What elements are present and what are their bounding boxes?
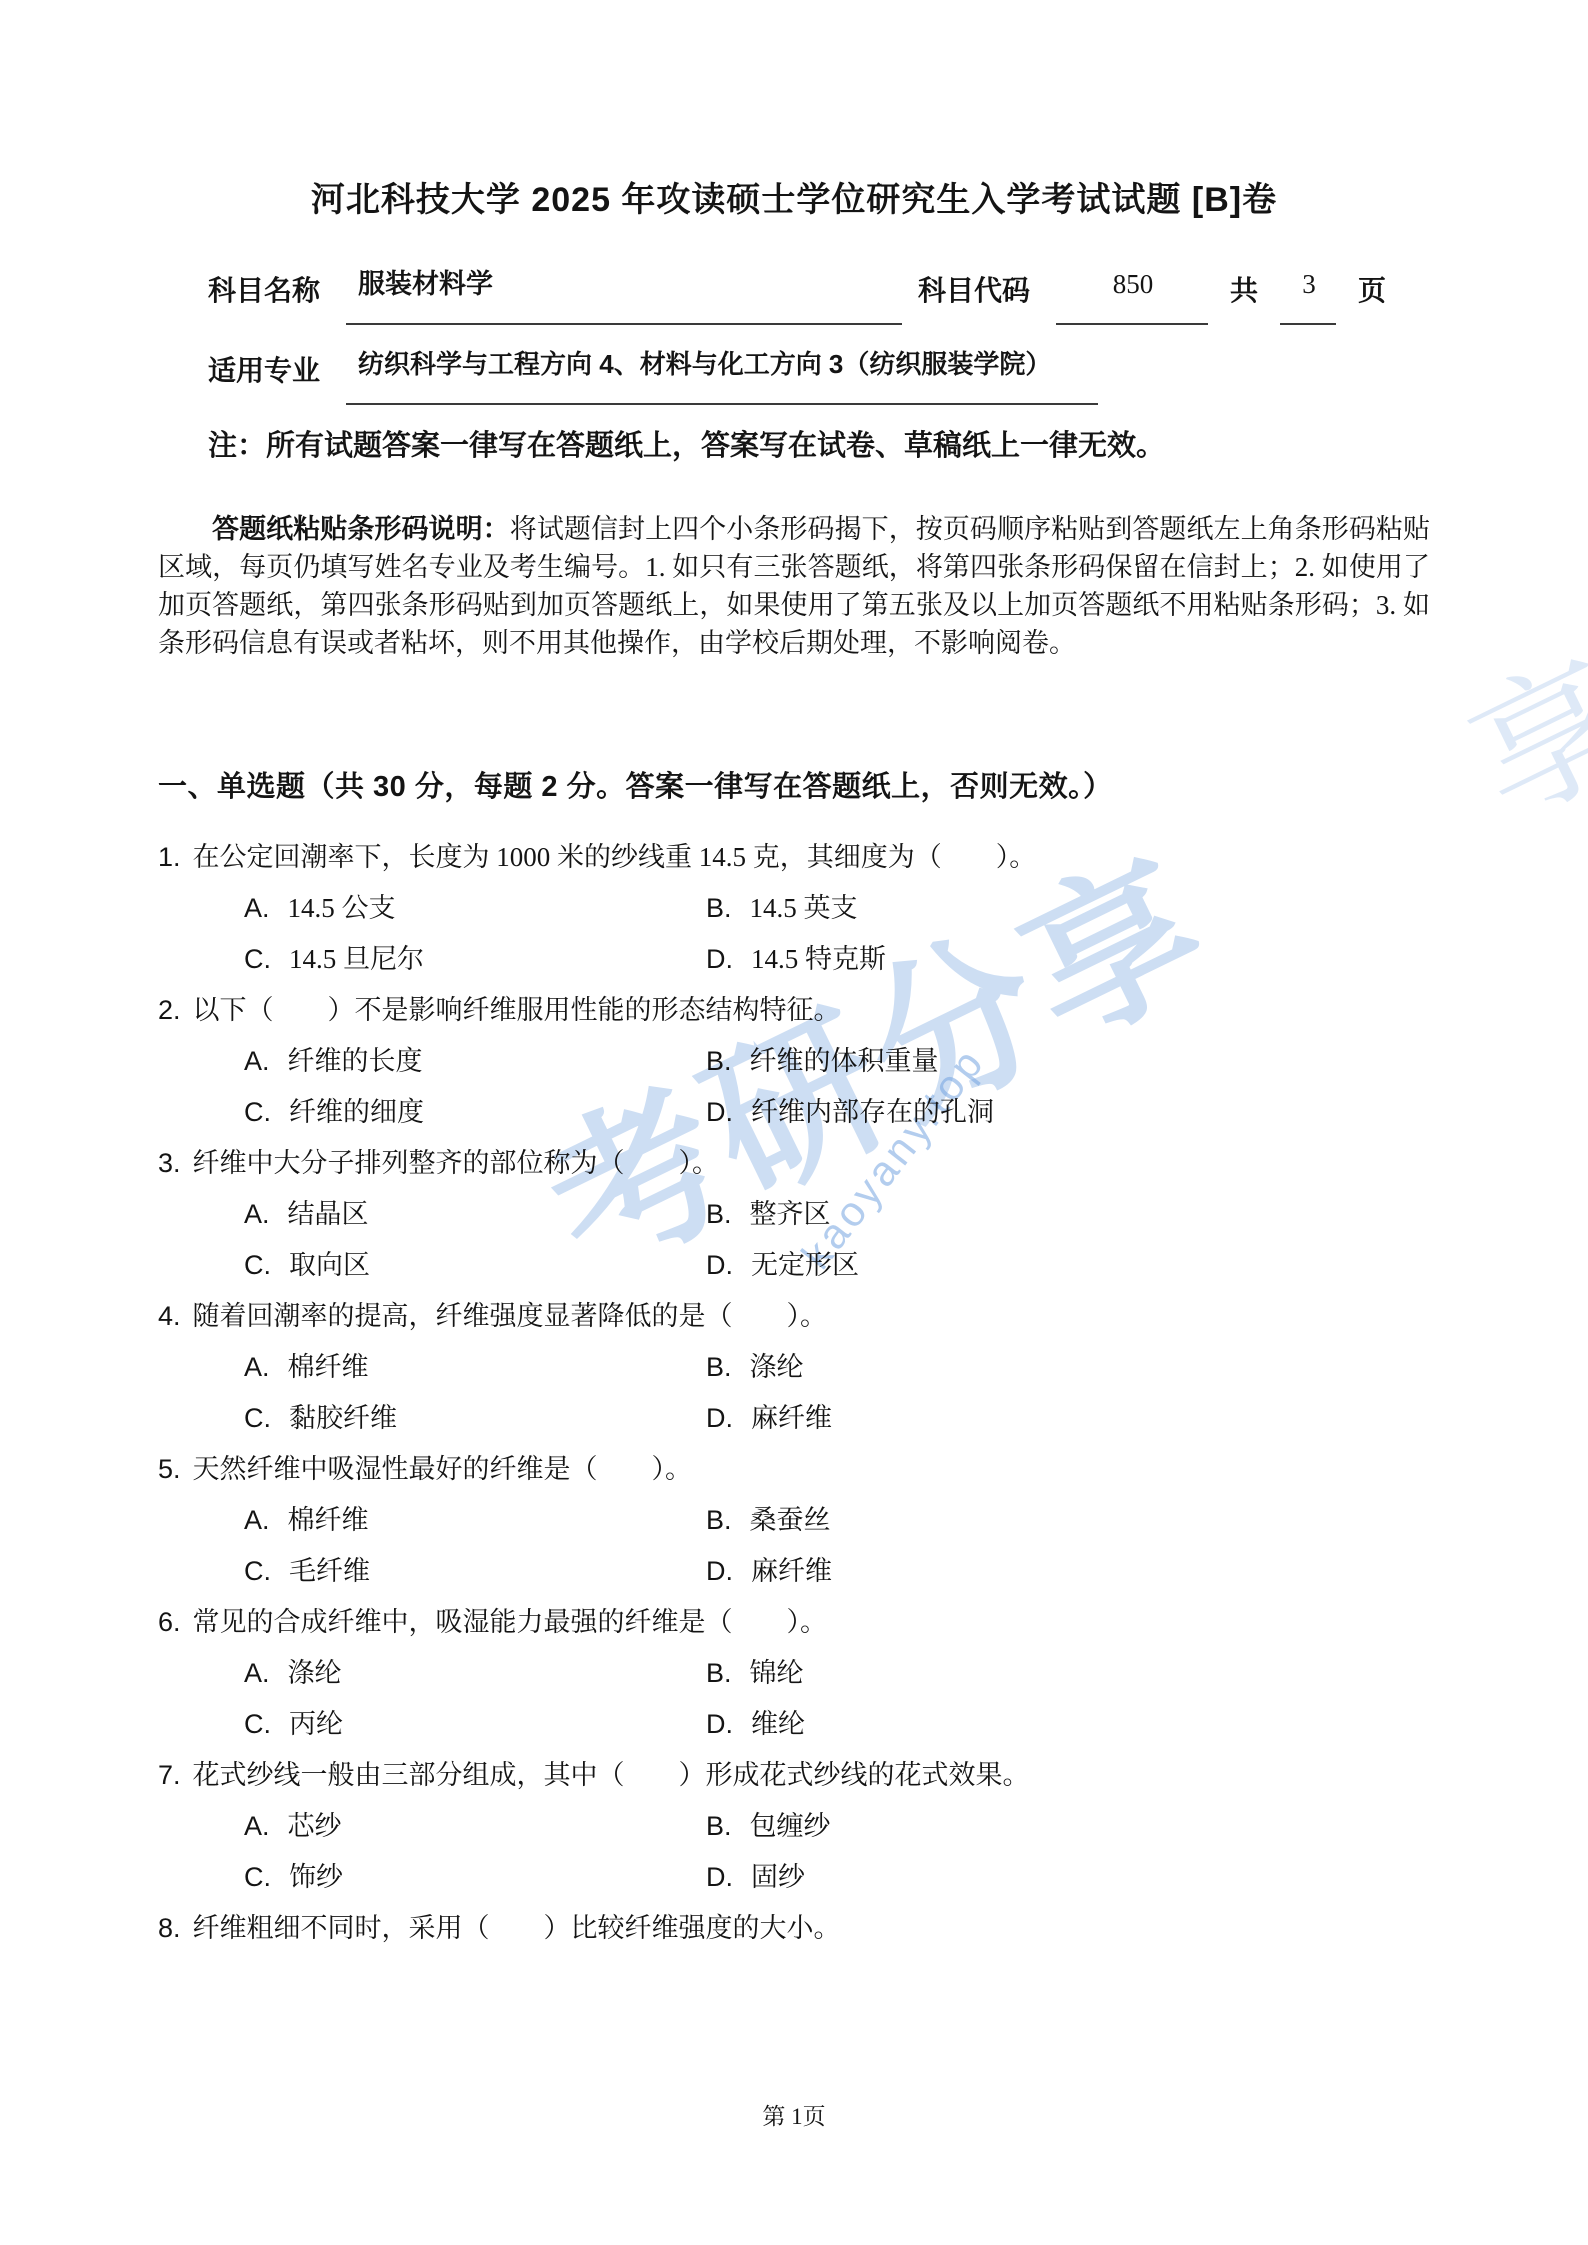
question-text: 花式纱线一般由三部分组成，其中（ ）形成花式纱线的花式效果。	[193, 1760, 1030, 1790]
question-number: 4.	[158, 1301, 181, 1331]
question-6: 6.常见的合成纤维中，吸湿能力最强的纤维是（ ）。 A.涤纶 B.锦纶 C.丙纶…	[158, 1606, 1430, 1740]
option-a: A.芯纱	[244, 1810, 706, 1842]
option-c: C.饰纱	[244, 1861, 706, 1893]
question-text: 以下（ ）不是影响纤维服用性能的形态结构特征。	[193, 995, 841, 1025]
page-title: 河北科技大学 2025 年攻读硕士学位研究生入学考试试题 [B]卷	[158, 172, 1430, 221]
option-text: 14.5 特克斯	[751, 944, 886, 974]
option-text: 涤纶	[288, 1658, 342, 1688]
meta-row-major: 适用专业 纺织科学与工程方向 4、材料与化工方向 3（纺织服装学院）	[158, 349, 1430, 405]
option-letter: C.	[244, 1097, 271, 1127]
option-letter: A.	[244, 1046, 270, 1076]
question-stem: 6.常见的合成纤维中，吸湿能力最强的纤维是（ ）。	[158, 1606, 1430, 1638]
question-stem: 2.以下（ ）不是影响纤维服用性能的形态结构特征。	[158, 994, 1430, 1026]
option-letter: D.	[706, 1556, 733, 1586]
option-d: D.维纶	[706, 1708, 1430, 1740]
option-text: 包缠纱	[750, 1811, 831, 1841]
question-stem: 5.天然纤维中吸湿性最好的纤维是（ ）。	[158, 1453, 1430, 1485]
option-letter: B.	[706, 1811, 732, 1841]
option-letter: D.	[706, 1403, 733, 1433]
applicable-major-value: 纺织科学与工程方向 4、材料与化工方向 3（纺织服装学院）	[346, 349, 1098, 405]
question-number: 2.	[158, 995, 181, 1025]
question-number: 1.	[158, 842, 181, 872]
option-text: 维纶	[751, 1709, 805, 1739]
option-letter: C.	[244, 1250, 271, 1280]
option-b: B.锦纶	[706, 1657, 1430, 1689]
question-options: A.棉纤维 B.桑蚕丝 C.毛纤维 D.麻纤维	[158, 1504, 1430, 1587]
section-heading: 一、单选题（共 30 分，每题 2 分。答案一律写在答题纸上，否则无效。）	[158, 764, 1430, 805]
option-letter: D.	[706, 1250, 733, 1280]
option-letter: D.	[706, 1097, 733, 1127]
option-text: 锦纶	[750, 1658, 804, 1688]
option-text: 14.5 旦尼尔	[289, 944, 424, 974]
question-stem: 7.花式纱线一般由三部分组成，其中（ ）形成花式纱线的花式效果。	[158, 1759, 1430, 1791]
option-text: 无定形区	[751, 1250, 859, 1280]
question-options: A.涤纶 B.锦纶 C.丙纶 D.维纶	[158, 1657, 1430, 1740]
option-text: 纤维的长度	[288, 1046, 423, 1076]
question-text: 纤维中大分子排列整齐的部位称为（ ）。	[193, 1148, 720, 1178]
option-text: 纤维内部存在的孔洞	[751, 1097, 994, 1127]
option-letter: B.	[706, 893, 732, 923]
option-text: 毛纤维	[289, 1556, 370, 1586]
option-text: 芯纱	[288, 1811, 342, 1841]
option-text: 涤纶	[750, 1352, 804, 1382]
option-c: C.毛纤维	[244, 1555, 706, 1587]
option-c: C.取向区	[244, 1249, 706, 1281]
option-a: A.纤维的长度	[244, 1045, 706, 1077]
question-number: 6.	[158, 1607, 181, 1637]
option-letter: C.	[244, 1709, 271, 1739]
option-text: 棉纤维	[288, 1505, 369, 1535]
option-b: B.14.5 英支	[706, 892, 1430, 924]
pages-unit-label: 页	[1358, 269, 1386, 309]
option-letter: C.	[244, 944, 271, 974]
meta-row-subject: 科目名称 服装材料学 科目代码 850 共 3 页	[158, 269, 1430, 325]
option-b: B.纤维的体积重量	[706, 1045, 1430, 1077]
option-b: B.桑蚕丝	[706, 1504, 1430, 1536]
option-text: 14.5 公支	[288, 893, 396, 923]
question-text: 随着回潮率的提高，纤维强度显著降低的是（ ）。	[193, 1301, 828, 1331]
option-letter: C.	[244, 1862, 271, 1892]
option-letter: A.	[244, 893, 270, 923]
option-a: A.棉纤维	[244, 1504, 706, 1536]
question-text: 天然纤维中吸湿性最好的纤维是（ ）。	[193, 1454, 693, 1484]
subject-code-value: 850	[1056, 269, 1208, 325]
question-8: 8.纤维粗细不同时，采用（ ）比较纤维强度的大小。	[158, 1912, 1430, 1944]
question-text: 常见的合成纤维中，吸湿能力最强的纤维是（ ）。	[193, 1607, 828, 1637]
option-letter: C.	[244, 1556, 271, 1586]
option-text: 整齐区	[750, 1199, 831, 1229]
option-a: A.14.5 公支	[244, 892, 706, 924]
question-4: 4.随着回潮率的提高，纤维强度显著降低的是（ ）。 A.棉纤维 B.涤纶 C.黏…	[158, 1300, 1430, 1434]
option-letter: D.	[706, 1709, 733, 1739]
question-stem: 3.纤维中大分子排列整齐的部位称为（ ）。	[158, 1147, 1430, 1179]
option-a: A.涤纶	[244, 1657, 706, 1689]
option-d: D.麻纤维	[706, 1402, 1430, 1434]
option-text: 纤维的体积重量	[750, 1046, 939, 1076]
question-5: 5.天然纤维中吸湿性最好的纤维是（ ）。 A.棉纤维 B.桑蚕丝 C.毛纤维 D…	[158, 1453, 1430, 1587]
question-stem: 8.纤维粗细不同时，采用（ ）比较纤维强度的大小。	[158, 1912, 1430, 1944]
total-pages-value: 3	[1280, 269, 1336, 325]
question-options: A.结晶区 B.整齐区 C.取向区 D.无定形区	[158, 1198, 1430, 1281]
subject-name-label: 科目名称	[208, 269, 320, 309]
option-text: 取向区	[289, 1250, 370, 1280]
option-text: 结晶区	[288, 1199, 369, 1229]
option-text: 黏胶纤维	[289, 1403, 397, 1433]
option-letter: A.	[244, 1811, 270, 1841]
option-letter: A.	[244, 1352, 270, 1382]
applicable-major-label: 适用专业	[208, 349, 320, 389]
option-text: 饰纱	[289, 1862, 343, 1892]
option-text: 麻纤维	[751, 1403, 832, 1433]
option-letter: D.	[706, 944, 733, 974]
question-options: A.棉纤维 B.涤纶 C.黏胶纤维 D.麻纤维	[158, 1351, 1430, 1434]
barcode-instructions: 答题纸粘贴条形码说明：将试题信封上四个小条形码揭下，按页码顺序粘贴到答题纸左上角…	[158, 510, 1430, 662]
option-text: 丙纶	[289, 1709, 343, 1739]
option-letter: B.	[706, 1505, 732, 1535]
option-letter: D.	[706, 1862, 733, 1892]
option-d: D.无定形区	[706, 1249, 1430, 1281]
question-stem: 4.随着回潮率的提高，纤维强度显著降低的是（ ）。	[158, 1300, 1430, 1332]
option-d: D.固纱	[706, 1861, 1430, 1893]
option-letter: B.	[706, 1199, 732, 1229]
question-options: A.14.5 公支 B.14.5 英支 C.14.5 旦尼尔 D.14.5 特克…	[158, 892, 1430, 975]
option-letter: B.	[706, 1352, 732, 1382]
option-letter: A.	[244, 1505, 270, 1535]
question-text: 在公定回潮率下，长度为 1000 米的纱线重 14.5 克，其细度为（ ）。	[193, 842, 1037, 872]
question-options: A.芯纱 B.包缠纱 C.饰纱 D.固纱	[158, 1810, 1430, 1893]
question-3: 3.纤维中大分子排列整齐的部位称为（ ）。 A.结晶区 B.整齐区 C.取向区 …	[158, 1147, 1430, 1281]
total-label: 共	[1230, 269, 1258, 309]
question-number: 3.	[158, 1148, 181, 1178]
option-c: C.黏胶纤维	[244, 1402, 706, 1434]
exam-page: 考研分享 kaoyany.top 享 河北科技大学 2025 年攻读硕士学位研究…	[0, 0, 1588, 2245]
option-text: 桑蚕丝	[750, 1505, 831, 1535]
option-b: B.包缠纱	[706, 1810, 1430, 1842]
option-letter: C.	[244, 1403, 271, 1433]
watermark-edge-glyph: 享	[1430, 598, 1588, 858]
option-d: D.14.5 特克斯	[706, 943, 1430, 975]
barcode-instructions-lead: 答题纸粘贴条形码说明：	[212, 514, 510, 544]
question-2: 2.以下（ ）不是影响纤维服用性能的形态结构特征。 A.纤维的长度 B.纤维的体…	[158, 994, 1430, 1128]
option-b: B.涤纶	[706, 1351, 1430, 1383]
option-letter: B.	[706, 1658, 732, 1688]
question-number: 8.	[158, 1913, 181, 1943]
option-text: 麻纤维	[751, 1556, 832, 1586]
option-b: B.整齐区	[706, 1198, 1430, 1230]
subject-code-label: 科目代码	[918, 269, 1030, 309]
option-letter: B.	[706, 1046, 732, 1076]
question-options: A.纤维的长度 B.纤维的体积重量 C.纤维的细度 D.纤维内部存在的孔洞	[158, 1045, 1430, 1128]
option-c: C.纤维的细度	[244, 1096, 706, 1128]
question-text: 纤维粗细不同时，采用（ ）比较纤维强度的大小。	[193, 1913, 841, 1943]
option-text: 14.5 英支	[750, 893, 858, 923]
option-text: 固纱	[751, 1862, 805, 1892]
question-7: 7.花式纱线一般由三部分组成，其中（ ）形成花式纱线的花式效果。 A.芯纱 B.…	[158, 1759, 1430, 1893]
question-number: 5.	[158, 1454, 181, 1484]
question-list: 1.在公定回潮率下，长度为 1000 米的纱线重 14.5 克，其细度为（ ）。…	[158, 841, 1430, 1944]
option-text: 棉纤维	[288, 1352, 369, 1382]
question-stem: 1.在公定回潮率下，长度为 1000 米的纱线重 14.5 克，其细度为（ ）。	[158, 841, 1430, 873]
answer-sheet-note: 注：所有试题答案一律写在答题纸上，答案写在试卷、草稿纸上一律无效。	[158, 423, 1430, 464]
option-text: 纤维的细度	[289, 1097, 424, 1127]
option-d: D.纤维内部存在的孔洞	[706, 1096, 1430, 1128]
option-c: C.14.5 旦尼尔	[244, 943, 706, 975]
option-d: D.麻纤维	[706, 1555, 1430, 1587]
option-letter: A.	[244, 1658, 270, 1688]
question-number: 7.	[158, 1760, 181, 1790]
option-a: A.结晶区	[244, 1198, 706, 1230]
option-letter: A.	[244, 1199, 270, 1229]
option-a: A.棉纤维	[244, 1351, 706, 1383]
question-1: 1.在公定回潮率下，长度为 1000 米的纱线重 14.5 克，其细度为（ ）。…	[158, 841, 1430, 975]
option-c: C.丙纶	[244, 1708, 706, 1740]
page-number: 第 1页	[0, 2098, 1588, 2131]
subject-name-value: 服装材料学	[346, 269, 902, 325]
